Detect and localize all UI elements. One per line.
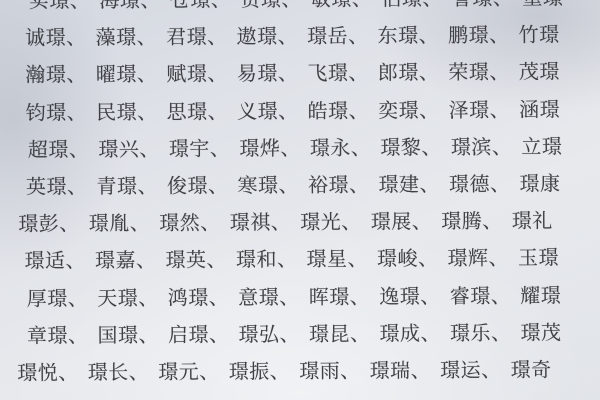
name-item: 璟腾、: [441, 205, 503, 234]
name-item: 璟展、: [371, 205, 433, 234]
name-item: 璟黎、: [380, 131, 442, 160]
name-item: 睿璟、: [450, 279, 512, 308]
name-item: 璟然、: [159, 207, 221, 236]
name-item: 璟雨、: [299, 355, 361, 384]
name-item: 璟奇: [511, 353, 552, 382]
name-item: 耀璟: [520, 279, 561, 308]
name-item: 晖璟、: [309, 280, 371, 309]
name-item: 钧璟、: [25, 96, 87, 125]
name-row: 诚璟、藻璟、君璟、遨璟、璟岳、东璟、鹏璟、竹璟: [0, 14, 599, 55]
name-item: 璟成、: [379, 317, 441, 346]
name-item: 茂璟: [519, 56, 560, 85]
name-item: 国璟、: [97, 319, 159, 348]
name-item: 璟昆、: [309, 317, 371, 346]
name-item: 瀚璟、: [25, 59, 87, 88]
name-item: 璟宇、: [169, 132, 231, 161]
name-item: 璟彭、: [18, 208, 80, 237]
name-item: 璟光、: [300, 206, 362, 235]
name-item: 璟康: [519, 167, 560, 196]
name-row: 璟适、璟嘉、璟英、璟和、璟星、璟峻、璟辉、玉璟: [0, 237, 600, 278]
name-item: 章璟、: [27, 319, 89, 348]
name-item: 璟长、: [88, 356, 150, 385]
name-item: 君璟、: [166, 21, 228, 50]
name-item: 璟烨、: [239, 132, 301, 161]
name-item: 璟和、: [236, 243, 298, 272]
name-row: 璟悦、璟长、璟元、璟振、璟雨、璟瑞、璟运、璟奇: [1, 349, 600, 390]
name-item: 玉璟: [518, 242, 559, 271]
name-item: 璟振、: [229, 355, 291, 384]
name-item: 荣璟、: [448, 56, 510, 85]
name-item: 苍璟、: [170, 0, 232, 13]
name-item: 英璟、: [26, 170, 88, 199]
name-item: 璟嘉、: [95, 244, 157, 273]
name-item: 泽璟、: [448, 93, 510, 122]
name-item: 璟元、: [158, 355, 220, 384]
name-item: 璟兴、: [98, 133, 160, 162]
name-item: 赋璟、: [166, 58, 228, 87]
name-item: 易璟、: [237, 57, 299, 86]
name-item: 璟峻、: [377, 243, 439, 272]
name-item: 璟弘、: [238, 318, 300, 347]
name-item: 璟胤、: [89, 207, 151, 236]
name-item: 璟乐、: [450, 316, 512, 345]
name-row: 璟彭、璟胤、璟然、璟祺、璟光、璟展、璟腾、璟礼: [0, 200, 600, 241]
name-item: 东璟、: [378, 19, 440, 48]
name-item: 实璟、: [29, 0, 91, 14]
name-item: 海璟、: [99, 0, 161, 13]
name-item: 敏璟、: [311, 0, 373, 12]
name-item: 俊璟、: [167, 169, 229, 198]
name-item: 奕璟、: [378, 94, 440, 123]
name-item: 鹏璟、: [448, 19, 510, 48]
name-item: 裕璟、: [308, 169, 370, 198]
name-item: 诚璟、: [25, 22, 87, 51]
document-page: 实璟、海璟、苍璟、贯璟、敏璟、伯璟、誉璟、重璟诚璟、藻璟、君璟、遨璟、璟岳、东璟…: [0, 0, 600, 400]
name-item: 璟英、: [165, 244, 227, 273]
name-row: 超璟、璟兴、璟宇、璟烨、璟永、璟黎、璟滨、立璟: [0, 126, 600, 167]
name-item: 璟祺、: [230, 206, 292, 235]
name-row: 英璟、青璟、俊璟、寒璟、裕璟、璟建、璟德、璟康: [0, 163, 600, 204]
name-row: 钧璟、民璟、思璟、义璟、皓璟、奕璟、泽璟、涵璟: [0, 89, 600, 130]
name-item: 璟永、: [310, 131, 372, 160]
name-row: 瀚璟、曜璟、赋璟、易璟、飞璟、郎璟、荣璟、茂璟: [0, 52, 599, 93]
name-item: 飞璟、: [307, 57, 369, 86]
name-item: 寒璟、: [237, 169, 299, 198]
name-item: 璟辉、: [447, 242, 509, 271]
name-item: 思璟、: [166, 95, 228, 124]
name-item: 天璟、: [97, 281, 159, 310]
name-item: 郎璟、: [378, 57, 440, 86]
name-item: 涵璟: [519, 93, 560, 122]
name-item: 重璟: [522, 0, 563, 11]
name-item: 璟礼: [512, 205, 553, 234]
name-item: 逸璟、: [379, 280, 441, 309]
name-item: 曜璟、: [96, 58, 158, 87]
name-item: 义璟、: [237, 95, 299, 124]
name-item: 皓璟、: [307, 94, 369, 123]
name-rows: 实璟、海璟、苍璟、贯璟、敏璟、伯璟、誉璟、重璟诚璟、藻璟、君璟、遨璟、璟岳、东璟…: [0, 0, 600, 390]
name-item: 璟悦、: [17, 356, 79, 385]
name-item: 璟滨、: [451, 131, 513, 160]
name-item: 竹璟: [518, 19, 559, 48]
name-item: 璟德、: [449, 168, 511, 197]
name-item: 璟岳、: [307, 20, 369, 49]
name-item: 意璟、: [238, 281, 300, 310]
name-item: 璟星、: [306, 243, 368, 272]
name-item: 青璟、: [96, 170, 158, 199]
name-item: 璟适、: [24, 245, 86, 274]
name-item: 璟运、: [440, 354, 502, 383]
name-item: 誉璟、: [452, 0, 514, 11]
name-item: 藻璟、: [96, 21, 158, 50]
name-row: 章璟、国璟、启璟、璟弘、璟昆、璟成、璟乐、璟茂: [1, 312, 600, 353]
name-item: 启璟、: [168, 318, 230, 347]
name-item: 鸿璟、: [168, 281, 230, 310]
name-item: 遨璟、: [237, 20, 299, 49]
name-item: 璟瑞、: [370, 354, 432, 383]
name-item: 超璟、: [28, 133, 90, 162]
name-item: 璟茂: [520, 316, 561, 345]
name-item: 璟建、: [378, 168, 440, 197]
name-item: 民璟、: [96, 96, 158, 125]
name-item: 厚璟、: [27, 282, 89, 311]
name-item: 贯璟、: [240, 0, 302, 12]
name-item: 立璟: [521, 130, 562, 159]
name-row: 厚璟、天璟、鸿璟、意璟、晖璟、逸璟、睿璟、耀璟: [1, 275, 600, 316]
name-item: 伯璟、: [381, 0, 443, 12]
